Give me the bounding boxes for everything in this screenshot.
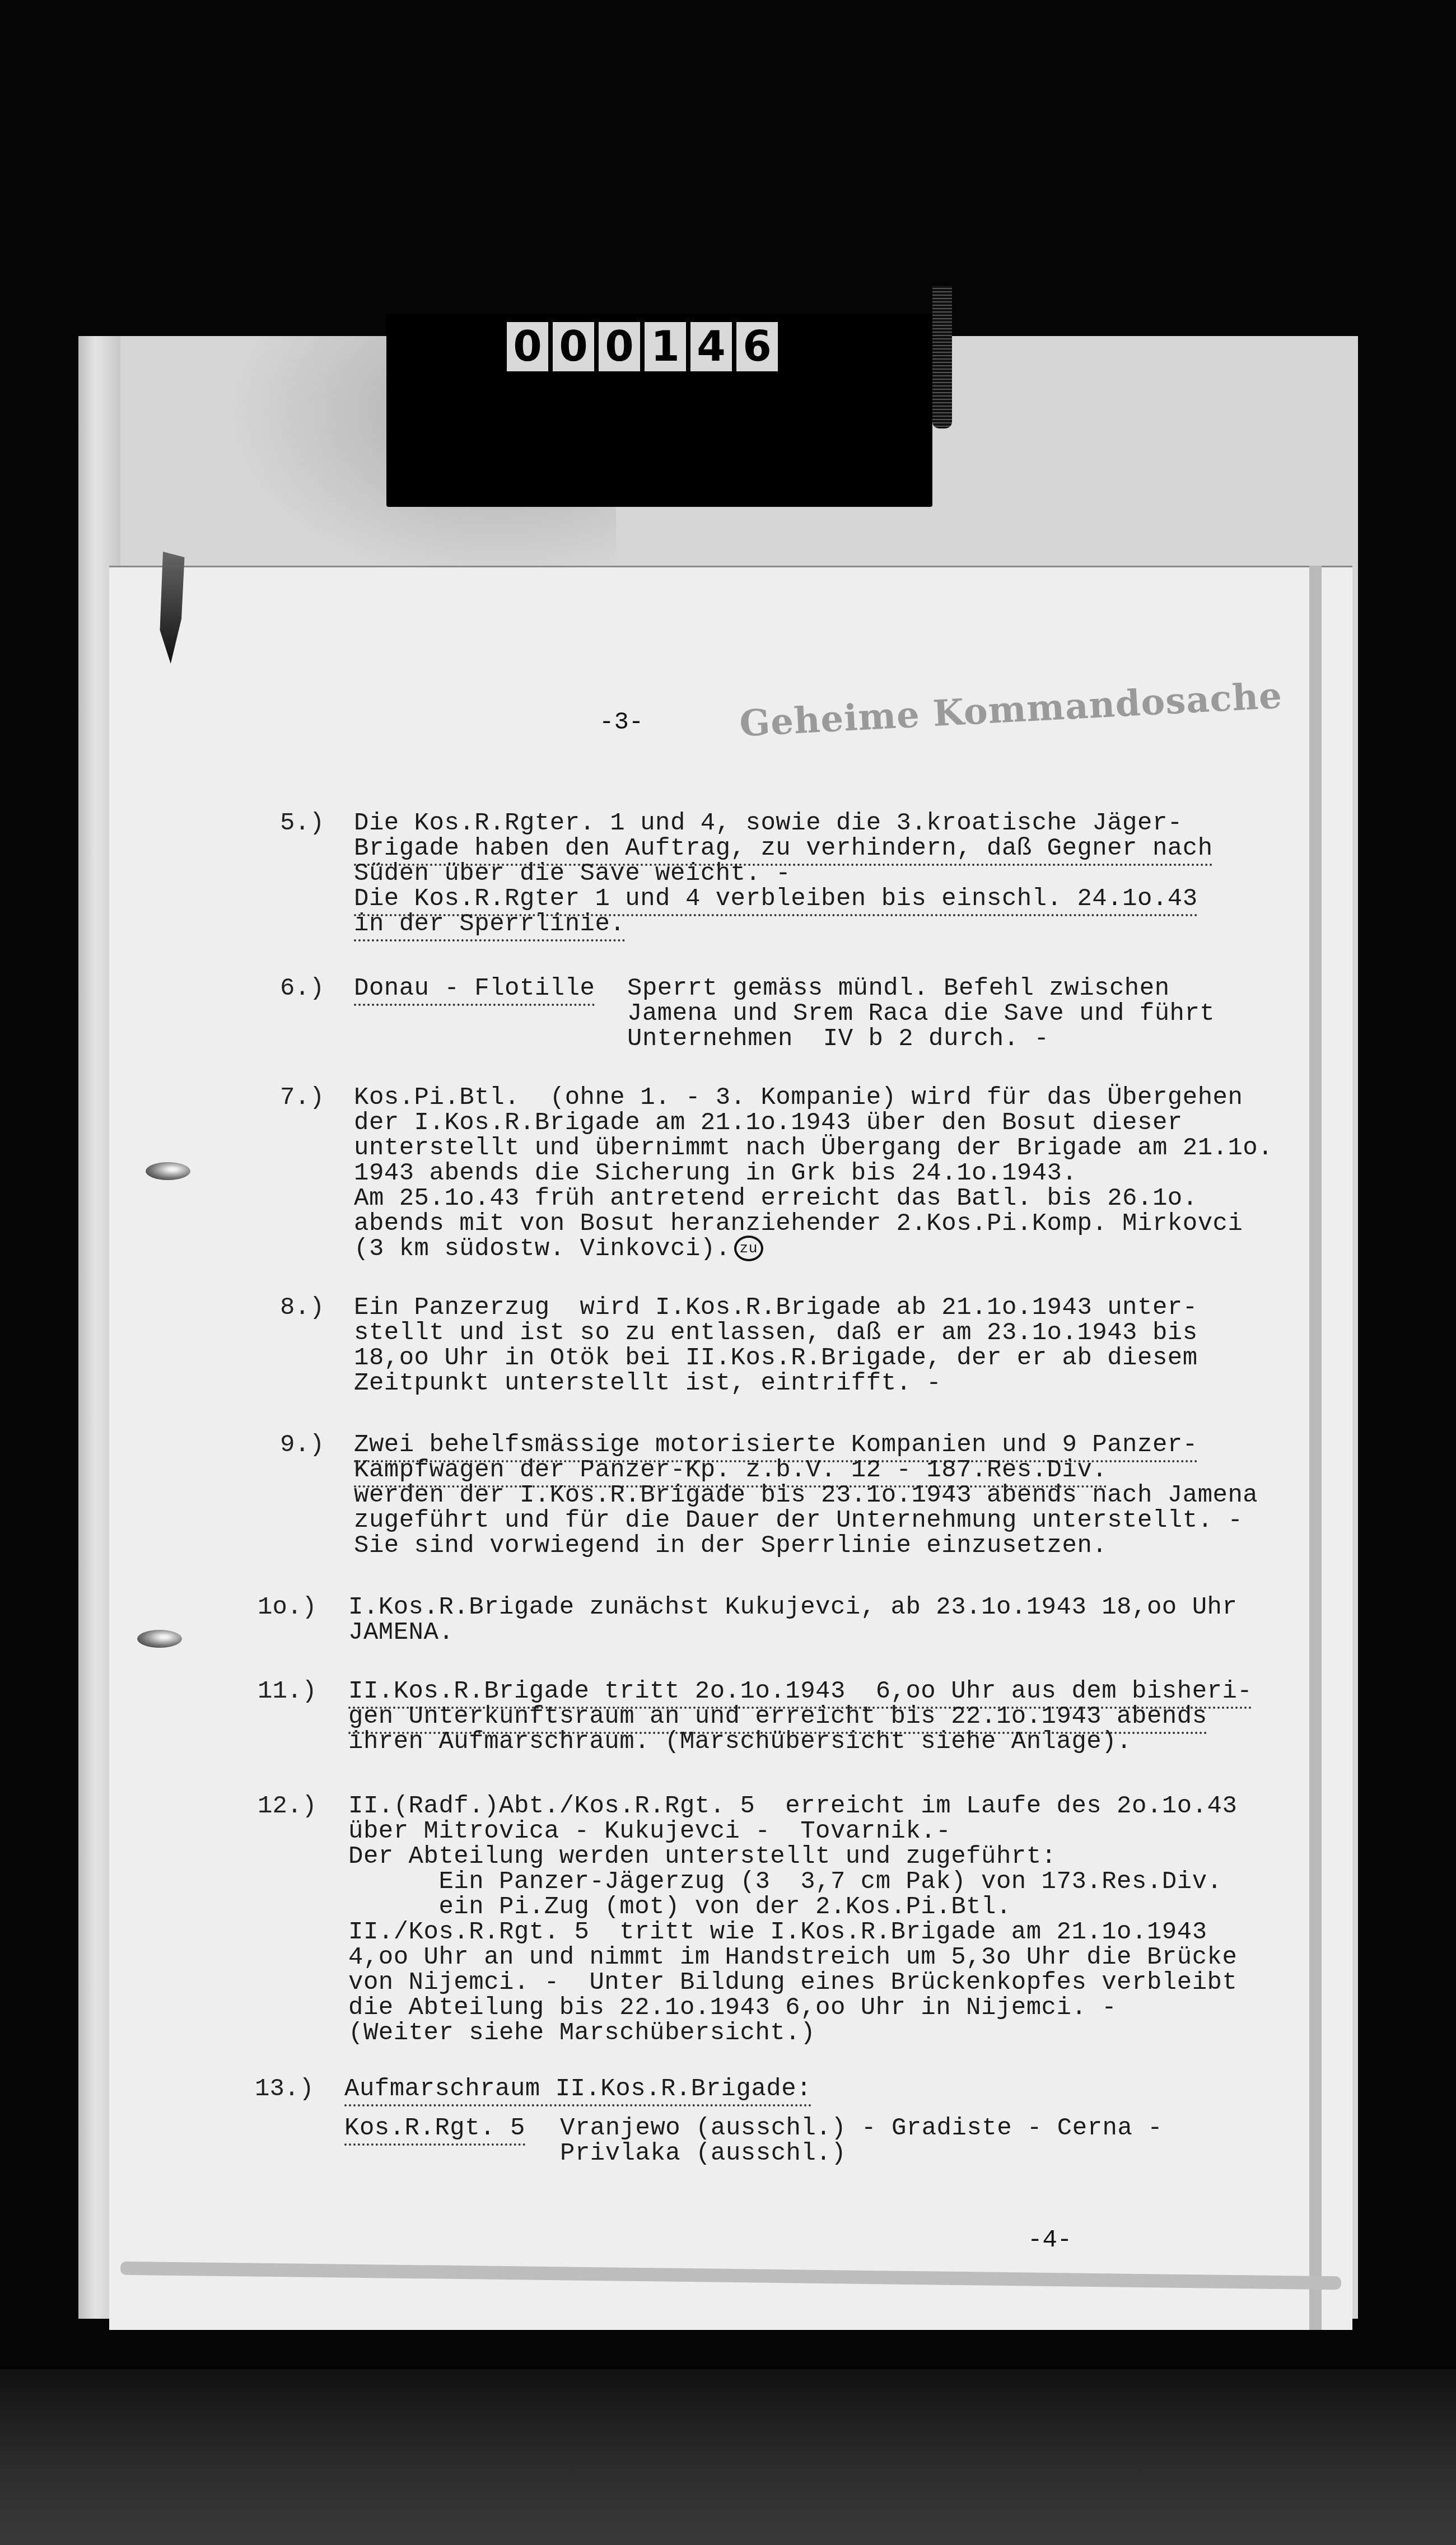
item-line: der I.Kos.R.Brigade am 21.1o.1943 über d… xyxy=(354,1109,1183,1137)
item-line: Ein Panzer-Jägerzug (3 3,7 cm Pak) von 1… xyxy=(348,1868,1222,1896)
item-line-text: (3 km südostw. Vinkovci). xyxy=(354,1235,731,1263)
item-line: Unternehmen IV b 2 durch. - xyxy=(627,1025,1049,1053)
item-number: 7.) xyxy=(280,1084,324,1112)
item-number: 5.) xyxy=(280,809,324,837)
item-number: 11.) xyxy=(258,1677,317,1705)
item-number: 6.) xyxy=(280,975,324,1003)
item-label: Donau - Flotille xyxy=(354,975,595,1006)
item-number: 13.) xyxy=(255,2075,314,2103)
punch-hole xyxy=(137,1630,182,1648)
item-line: (3 km südostw. Vinkovci).zu xyxy=(354,1235,763,1263)
counter-digit: 1 xyxy=(645,322,686,371)
punch-hole xyxy=(146,1162,190,1180)
page-bottom-fold xyxy=(120,2262,1341,2290)
item-line: Vranjewo (ausschl.) - Gradiste - Cerna - xyxy=(560,2114,1163,2142)
item-line: Sie sind vorwiegend in der Sperrlinie ei… xyxy=(354,1532,1107,1560)
item-line: JAMENA. xyxy=(348,1619,454,1647)
item-line: Ein Panzerzug wird I.Kos.R.Brigade ab 21… xyxy=(354,1294,1198,1322)
counter-digit: 0 xyxy=(599,322,640,371)
counter-digit: 0 xyxy=(553,322,594,371)
item-line: Zeitpunkt unterstellt ist, eintrifft. - xyxy=(354,1369,941,1397)
item-label: Kos.R.Rgt. 5 xyxy=(344,2114,525,2146)
item-line: 4,oo Uhr an und nimmt im Handstreich um … xyxy=(348,1943,1237,1971)
handwritten-annotation: zu xyxy=(734,1236,763,1261)
item-heading: Aufmarschraum II.Kos.R.Brigade: xyxy=(344,2075,811,2106)
item-line: II./Kos.R.Rgt. 5 tritt wie I.Kos.R.Briga… xyxy=(348,1918,1207,1946)
item-number: 12.) xyxy=(258,1792,317,1820)
item-line: Jamena und Srem Raca die Save und führt xyxy=(627,1000,1215,1028)
item-line: ein Pi.Zug (mot) von der 2.Kos.Pi.Btl. xyxy=(348,1893,1011,1921)
counter-digit: 6 xyxy=(736,322,778,371)
item-line: in der Sperrlinie. xyxy=(354,910,625,941)
item-line: werden der I.Kos.R.Brigade bis 23.1o.194… xyxy=(354,1481,1258,1509)
next-page-marker: -4- xyxy=(1028,2226,1072,2254)
page-edge-shadow xyxy=(1309,566,1322,2330)
item-line: unterstellt und übernimmt nach Übergang … xyxy=(354,1134,1273,1162)
item-line: I.Kos.R.Brigade zunächst Kukujevci, ab 2… xyxy=(348,1593,1237,1621)
counter-digit: 4 xyxy=(690,322,732,371)
item-line: ihren Aufmarschraum. (Marschübersicht si… xyxy=(348,1728,1132,1756)
page-number: -3- xyxy=(599,709,643,737)
item-line: abends mit von Bosut heranziehender 2.Ko… xyxy=(354,1210,1243,1238)
frame-counter-device: 0 0 0 1 4 6 xyxy=(386,314,932,507)
item-line: II.(Radf.)Abt./Kos.R.Rgt. 5 erreicht im … xyxy=(348,1792,1237,1820)
item-line: Kos.Pi.Btl. (ohne 1. - 3. Kompanie) wird… xyxy=(354,1084,1243,1112)
item-number: 8.) xyxy=(280,1294,324,1322)
item-line: 1943 abends die Sicherung in Grk bis 24.… xyxy=(354,1159,1077,1187)
item-number: 9.) xyxy=(280,1431,324,1459)
item-line: über Mitrovica - Kukujevci - Tovarnik.- xyxy=(348,1817,951,1845)
item-line: stellt und ist so zu entlassen, daß er a… xyxy=(354,1319,1198,1347)
item-line: Der Abteilung werden unterstellt und zug… xyxy=(348,1843,1057,1871)
item-line: Am 25.1o.43 früh antretend erreicht das … xyxy=(354,1185,1198,1213)
frame-counter-digits: 0 0 0 1 4 6 xyxy=(507,322,778,371)
item-line: von Nijemci. - Unter Bildung eines Brück… xyxy=(348,1969,1237,1997)
item-line: die Abteilung bis 22.1o.1943 6,oo Uhr in… xyxy=(348,1994,1117,2022)
item-line: Sperrt gemäss mündl. Befehl zwischen xyxy=(627,975,1170,1003)
item-number: 1o.) xyxy=(258,1593,317,1621)
item-line: 18,oo Uhr in Otök bei II.Kos.R.Brigade, … xyxy=(354,1344,1198,1372)
item-line: (Weiter siehe Marschübersicht.) xyxy=(348,2019,815,2047)
film-border-bottom xyxy=(0,2369,1456,2545)
item-line: zugeführt und für die Dauer der Unterneh… xyxy=(354,1507,1243,1535)
counter-digit: 0 xyxy=(507,322,548,371)
item-line: Privlaka (ausschl.) xyxy=(560,2140,846,2168)
item-line: Süden über die Save weicht. - xyxy=(354,860,791,888)
counter-knob xyxy=(932,286,952,428)
item-line: Die Kos.R.Rgter. 1 und 4, sowie die 3.kr… xyxy=(354,809,1183,837)
